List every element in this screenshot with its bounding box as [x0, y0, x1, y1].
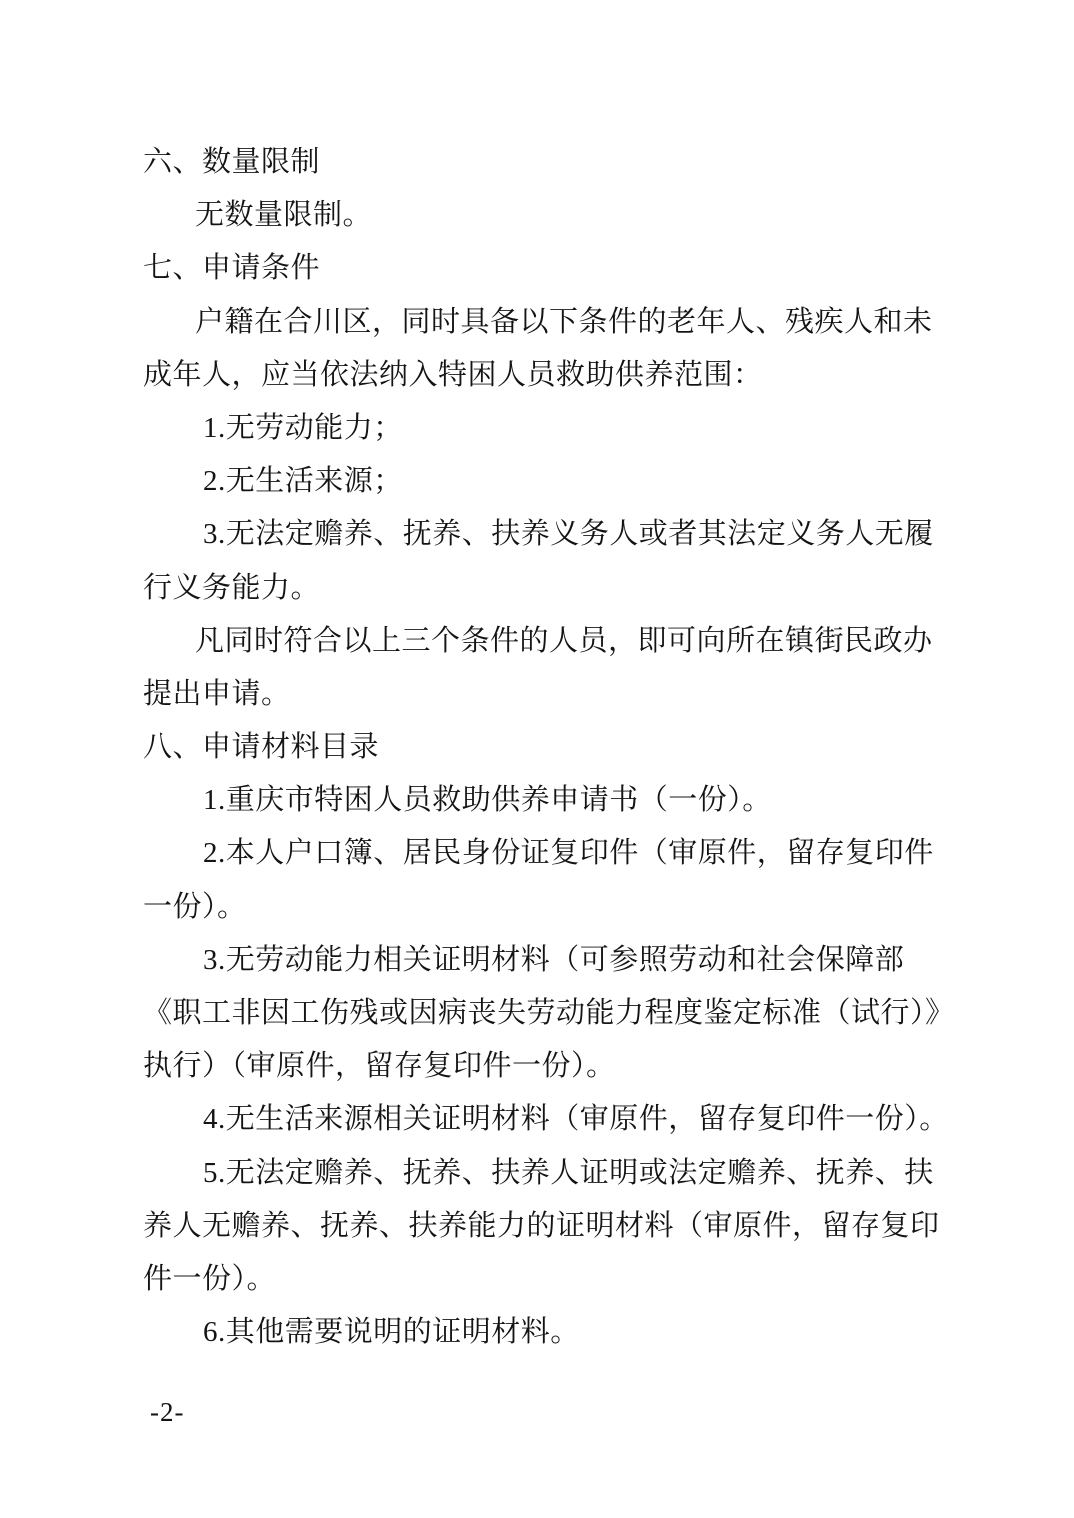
text-line: 养人无赡养、抚养、扶养能力的证明材料（审原件，留存复印: [143, 1200, 963, 1253]
text-line: 成年人，应当依法纳入特困人员救助供养范围：: [143, 349, 963, 402]
page-number: -2-: [150, 1396, 184, 1428]
text-line: 6.其他需要说明的证明材料。: [143, 1306, 963, 1359]
text-line: 2.本人户口簿、居民身份证复印件（审原件，留存复印件: [143, 827, 963, 880]
text-line: 《职工非因工伤残或因病丧失劳动能力程度鉴定标准（试行）》: [143, 987, 963, 1040]
text-line: 2.无生活来源；: [143, 455, 963, 508]
text-line: 凡同时符合以上三个条件的人员，即可向所在镇街民政办: [143, 615, 963, 668]
text-line: 执行）（审原件，留存复印件一份）。: [143, 1040, 963, 1093]
text-line: 5.无法定赡养、抚养、扶养人证明或法定赡养、抚养、扶: [143, 1147, 963, 1200]
document-body: 六、数量限制无数量限制。七、申请条件户籍在合川区，同时具备以下条件的老年人、残疾…: [143, 136, 963, 1359]
text-line: 八、申请材料目录: [143, 721, 963, 774]
text-line: 4.无生活来源相关证明材料（审原件，留存复印件一份）。: [143, 1093, 963, 1146]
text-line: 3.无法定赡养、抚养、扶养义务人或者其法定义务人无履: [143, 508, 963, 561]
text-line: 行义务能力。: [143, 562, 963, 615]
text-line: 3.无劳动能力相关证明材料（可参照劳动和社会保障部: [143, 934, 963, 987]
text-line: 1.重庆市特困人员救助供养申请书（一份）。: [143, 774, 963, 827]
text-line: 六、数量限制: [143, 136, 963, 189]
document-page: 六、数量限制无数量限制。七、申请条件户籍在合川区，同时具备以下条件的老年人、残疾…: [0, 0, 1074, 1518]
text-line: 无数量限制。: [143, 189, 963, 242]
text-line: 1.无劳动能力；: [143, 402, 963, 455]
text-line: 户籍在合川区，同时具备以下条件的老年人、残疾人和未: [143, 296, 963, 349]
text-line: 提出申请。: [143, 668, 963, 721]
text-line: 七、申请条件: [143, 242, 963, 295]
text-line: 件一份）。: [143, 1253, 963, 1306]
text-line: 一份）。: [143, 881, 963, 934]
